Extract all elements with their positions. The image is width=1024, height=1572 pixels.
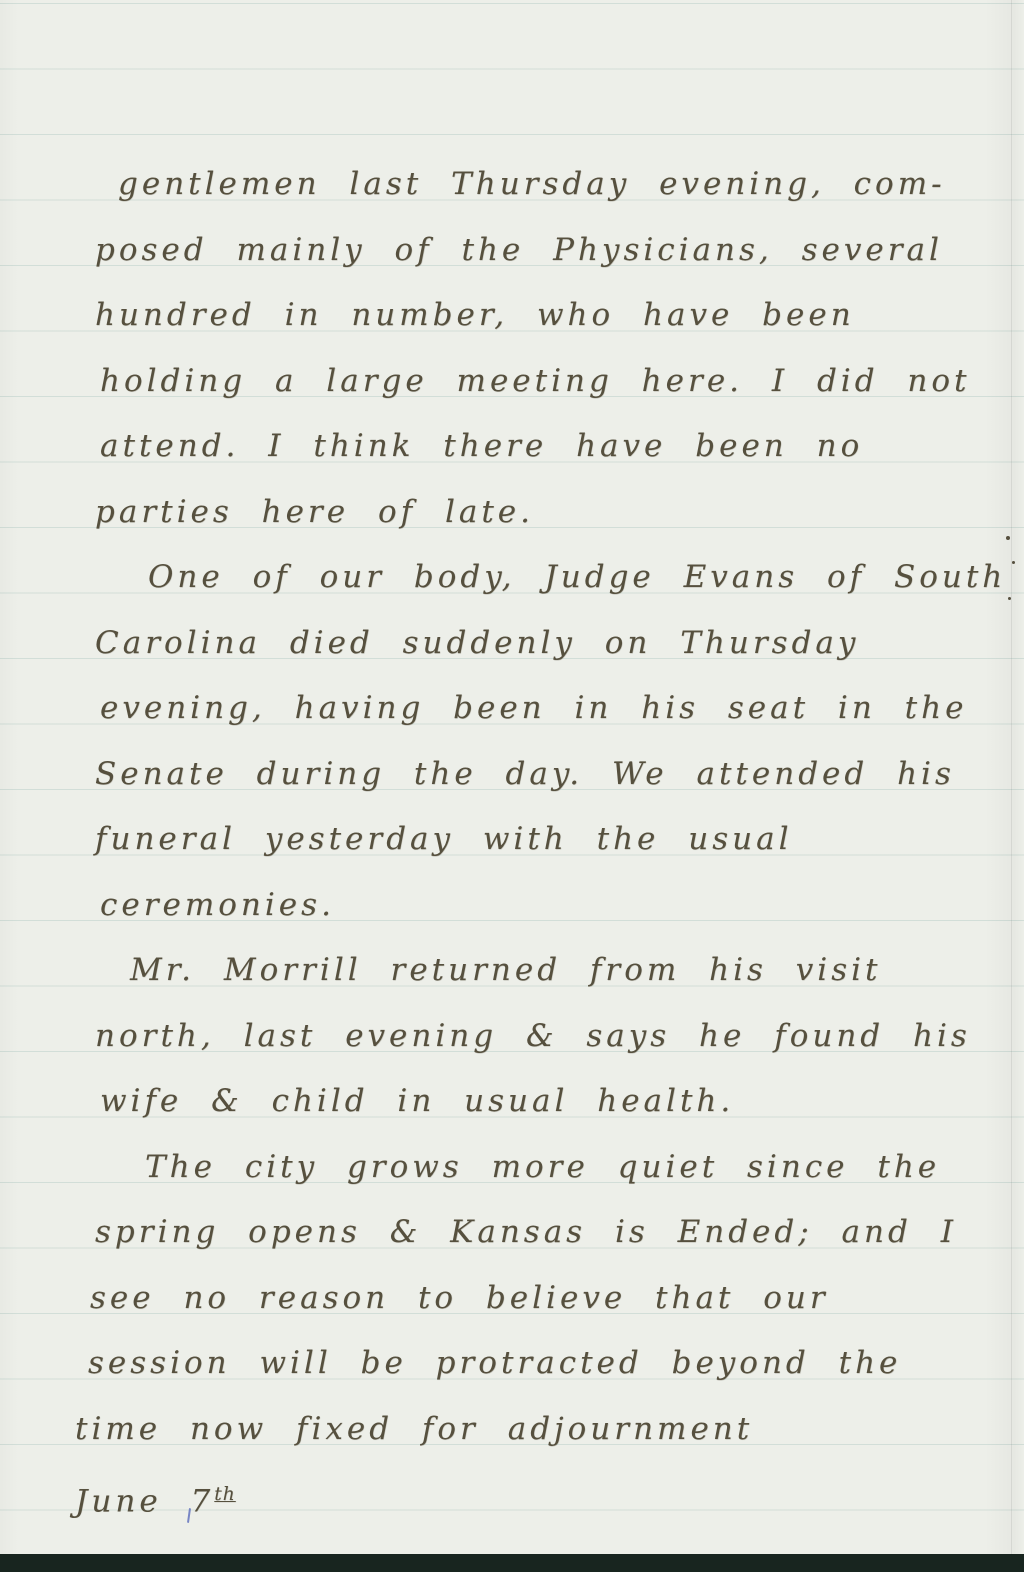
letter-line: attend. I think there have been no — [100, 414, 975, 480]
letter-line-superscript: th — [214, 1484, 235, 1505]
ink-speck — [1006, 536, 1010, 540]
letter-line: see no reason to believe that our — [90, 1266, 975, 1332]
letter-line: The city grows more quiet since the — [145, 1135, 975, 1201]
letter-line: Senate during the day. We attended his — [95, 742, 975, 808]
letter-line: One of our body, Judge Evans of South — [148, 545, 975, 611]
letter-line: north, last evening & says he found his — [95, 1004, 975, 1070]
letter-line-text: posed mainly of the Physicians, several — [95, 232, 943, 268]
letter-line-text: funeral yesterday with the usual — [95, 821, 793, 857]
letter-line-text: north, last evening & says he found his — [95, 1018, 971, 1054]
letter-line: wife & child in usual health. — [100, 1069, 975, 1135]
letter-line: parties here of late. — [95, 480, 975, 546]
letter-line: funeral yesterday with the usual — [95, 807, 975, 873]
letter-line: ceremonies. — [100, 873, 975, 939]
letter-line: session will be protracted beyond the — [88, 1331, 975, 1397]
letter-line-text: Carolina died suddenly on Thursday — [95, 625, 859, 661]
letter-line-text: session will be protracted beyond the — [88, 1345, 901, 1381]
letter-line-text: One of our body, Judge Evans of South — [148, 559, 1006, 595]
paper-fold-line — [1011, 0, 1012, 1554]
letter-line: spring opens & Kansas is Ended; and I — [95, 1200, 975, 1266]
letter-line-text: parties here of late. — [95, 494, 534, 530]
letter-line-text: hundred in number, who have been — [95, 297, 855, 333]
letter-line: June 7th — [75, 1462, 975, 1528]
letter-line: Mr. Morrill returned from his visit — [130, 938, 975, 1004]
letter-line: time now fixed for adjournment — [75, 1397, 975, 1463]
letter-line-text: The city grows more quiet since the — [145, 1149, 940, 1185]
letter-line-text: see no reason to believe that our — [90, 1280, 829, 1316]
mat-background — [0, 1554, 1024, 1572]
letter-line: gentlemen last Thursday evening, com- — [118, 152, 975, 218]
ink-speck — [1012, 561, 1015, 564]
letter-body: gentlemen last Thursday evening, com-pos… — [95, 152, 975, 1528]
letter-line-text: time now fixed for adjournment — [75, 1411, 753, 1447]
letter-line-text: attend. I think there have been no — [100, 428, 863, 464]
ink-speck — [1008, 597, 1011, 600]
letter-line: hundred in number, who have been — [95, 283, 975, 349]
letter-line-text: wife & child in usual health. — [100, 1083, 734, 1119]
letter-line-text: evening, having been in his seat in the — [100, 690, 967, 726]
letter-line-text: gentlemen last Thursday evening, com- — [118, 166, 946, 202]
letter-line-text: Mr. Morrill returned from his visit — [130, 952, 881, 988]
letter-line-text: holding a large meeting here. I did not — [100, 363, 971, 399]
letter-line: Carolina died suddenly on Thursday — [95, 611, 975, 677]
letter-line: posed mainly of the Physicians, several — [95, 218, 975, 284]
letter-line: evening, having been in his seat in the — [100, 676, 975, 742]
letter-line-text: ceremonies. — [100, 887, 335, 923]
letter-page: gentlemen last Thursday evening, com-pos… — [0, 0, 1024, 1554]
letter-line-text: June 7 — [75, 1483, 214, 1519]
letter-line: holding a large meeting here. I did not — [100, 349, 975, 415]
letter-line-text: spring opens & Kansas is Ended; and I — [95, 1214, 957, 1250]
letter-line-text: Senate during the day. We attended his — [95, 756, 955, 792]
